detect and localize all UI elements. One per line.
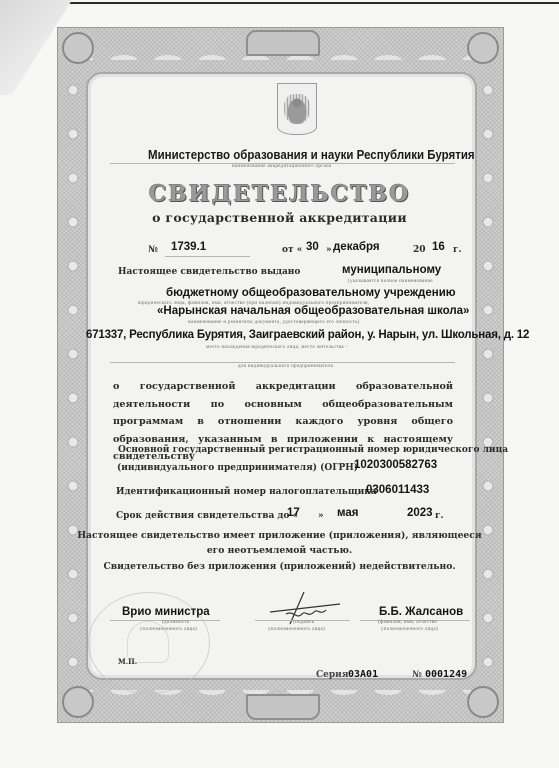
validity-quote: » [318,511,324,521]
border-pattern-right [477,68,499,682]
inn-value: 0306011433 [366,484,429,496]
name-caption-1: (фамилия, имя, отчество [378,620,437,625]
double-headed-eagle-icon [284,94,310,124]
series-value: 03А01 [348,669,378,680]
issue-day: 30 [306,241,319,253]
appendix-note-2: его неотъемлемой частью. [0,545,559,556]
ogrn-label-line-2: (индивидуального предпринимателя) (ОГРН) [117,463,358,473]
ogrn-label-line-1: Основной государственный регистрационный… [118,445,508,455]
serial-number-label: № [412,670,422,680]
scan-top-edge [6,2,559,4]
year-unit: г. [453,245,462,255]
date-quote: » [326,245,332,255]
divider [110,362,455,363]
ip-caption: для индивидуального предпринимателя [238,364,333,369]
school-name: «Нарынская начальная общеобразовательная… [157,305,469,317]
issued-to-line-2: бюджетному общеобразовательному учрежден… [166,287,456,299]
date-prefix: от « [282,245,302,255]
issued-to-caption-1: (указывается полное наименование [348,279,433,284]
address-caption: место нахождения юридического лица, мест… [206,345,348,350]
stamp-place-label: М.П. [118,657,137,666]
appendix-note-3: Свидетельство без приложения (приложений… [0,561,559,572]
corner-ornament-icon [62,32,94,64]
corner-ornament-icon [467,32,499,64]
ogrn-value: 1020300582763 [354,459,437,471]
appendix-note-1: Настоящее свидетельство имеет приложение… [0,530,559,541]
coat-of-arms-icon [277,83,317,135]
number-label: № [148,245,158,255]
ornament-bottom-icon [246,694,320,720]
validity-month: мая [337,507,358,519]
validity-year: 2023 [407,507,433,519]
name-caption-2: уполномоченного лица) [381,627,438,632]
issued-to-line-1: муниципальному [342,264,441,276]
signatory-position: Врио министра [122,606,210,618]
document-subtitle: о государственной аккредитации [0,210,559,225]
document-title: СВИДЕТЕЛЬСТВО [0,181,559,207]
address: 671337, Республика Бурятия, Заиграевский… [86,329,529,341]
inn-label: Идентификационный номер налогоплательщик… [116,487,377,497]
divider [165,256,250,257]
serial-number-value: 0001249 [425,669,467,680]
ministry-caption: наименование аккредитационного органа [232,164,332,169]
year-prefix: 20 [413,245,426,255]
signatory-name: Б.Б. Жалсанов [379,606,463,618]
corner-ornament-icon [467,686,499,718]
validity-label: Срок действия свидетельства до « [116,511,298,521]
issued-to-caption-3: наименование и реквизиты документа, удос… [188,320,360,325]
signature-caption-1: (подпись [293,620,315,625]
issued-to-label: Настоящее свидетельство выдано [118,267,300,277]
issue-year: 16 [432,241,445,253]
validity-year-unit: г. [435,511,444,521]
series-label: Серия [316,670,349,680]
position-caption-1: (должность [162,620,190,625]
validity-day: 17 [287,507,300,519]
border-pattern-left [62,68,84,682]
certificate-number: 1739.1 [171,241,206,253]
ornament-top-icon [246,30,320,56]
ministry-name: Министерство образования и науки Республ… [148,148,475,162]
position-caption-2: уполномоченного лица) [140,627,197,632]
signature-caption-2: уполномоченного лица) [268,627,325,632]
corner-ornament-icon [62,686,94,718]
issue-month: декабря [333,241,380,253]
